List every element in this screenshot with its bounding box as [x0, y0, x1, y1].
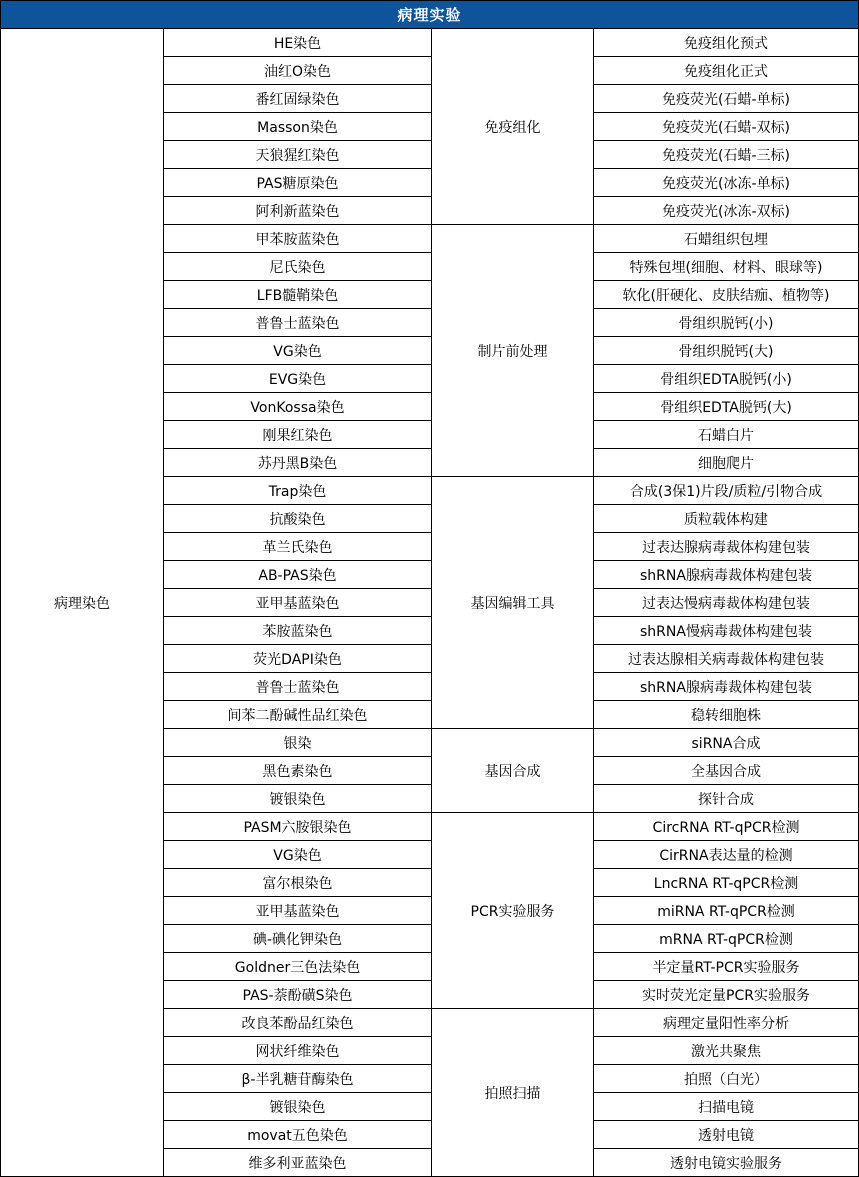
stain-cell: 天狼猩红染色	[164, 141, 431, 169]
service-cell: 探针合成	[594, 785, 858, 813]
service-cell: 半定量RT-PCR实验服务	[594, 953, 858, 981]
category-cell: 拍照扫描	[431, 1009, 594, 1177]
service-cell: CircRNA RT-qPCR检测	[594, 813, 858, 841]
stain-cell: LFB髓鞘染色	[164, 281, 431, 309]
stain-column: HE染色油红O染色番红固绿染色Masson染色天狼猩红染色PAS糖原染色阿利新蓝…	[164, 29, 431, 225]
stain-cell: movat五色染色	[164, 1121, 431, 1149]
service-cell: 免疫组化正式	[594, 57, 858, 85]
service-column: 病理定量阳性率分析激光共聚焦拍照（白光）扫描电镜透射电镜透射电镜实验服务	[594, 1009, 858, 1177]
service-cell: 过表达慢病毒裁体构建包装	[594, 589, 858, 617]
stain-cell: 油红O染色	[164, 57, 431, 85]
stain-cell: Trap染色	[164, 477, 431, 505]
service-cell: shRNA腺病毒裁体构建包装	[594, 673, 858, 701]
stain-cell: 间苯二酚碱性品红染色	[164, 701, 431, 729]
stain-cell: 抗酸染色	[164, 505, 431, 533]
category-cell: 制片前处理	[431, 225, 594, 477]
table-group: 甲苯胺蓝染色尼氏染色LFB髓鞘染色普鲁士蓝染色VG染色EVG染色VonKossa…	[164, 225, 858, 477]
category-cell: 基因编辑工具	[431, 477, 594, 729]
stain-cell: 网状纤维染色	[164, 1037, 431, 1065]
stain-cell: 亚甲基蓝染色	[164, 897, 431, 925]
service-cell: 透射电镜实验服务	[594, 1149, 858, 1177]
service-cell: siRNA合成	[594, 729, 858, 757]
service-cell: 全基因合成	[594, 757, 858, 785]
stain-cell: 番红固绿染色	[164, 85, 431, 113]
stain-cell: PASM六胺银染色	[164, 813, 431, 841]
category-cell: 基因合成	[431, 729, 594, 813]
stain-cell: 甲苯胺蓝染色	[164, 225, 431, 253]
stain-cell: HE染色	[164, 29, 431, 57]
service-cell: mRNA RT-qPCR检测	[594, 925, 858, 953]
stain-column: 改良苯酚品红染色网状纤维染色β-半乳糖苷酶染色镀银染色movat五色染色维多利亚…	[164, 1009, 431, 1177]
stain-cell: 银染	[164, 729, 431, 757]
stain-cell: 普鲁士蓝染色	[164, 673, 431, 701]
stain-cell: 富尔根染色	[164, 869, 431, 897]
service-cell: 细胞爬片	[594, 449, 858, 477]
stain-cell: 阿利新蓝染色	[164, 197, 431, 225]
service-cell: 病理定量阳性率分析	[594, 1009, 858, 1037]
service-cell: 免疫组化预式	[594, 29, 858, 57]
service-cell: 免疫荧光(冰冻-双标)	[594, 197, 858, 225]
service-cell: CirRNA表达量的检测	[594, 841, 858, 869]
stain-cell: 普鲁士蓝染色	[164, 309, 431, 337]
service-cell: 扫描电镜	[594, 1093, 858, 1121]
service-cell: 免疫荧光(冰冻-单标)	[594, 169, 858, 197]
category-cell: PCR实验服务	[431, 813, 594, 1009]
service-cell: 免疫荧光(石蜡-双标)	[594, 113, 858, 141]
service-cell: 拍照（白光）	[594, 1065, 858, 1093]
stain-column: Trap染色抗酸染色革兰氏染色AB-PAS染色亚甲基蓝染色苯胺蓝染色荧光DAPI…	[164, 477, 431, 729]
stain-cell: 苯胺蓝染色	[164, 617, 431, 645]
table-group: 银染黑色素染色镀银染色基因合成siRNA合成全基因合成探针合成	[164, 729, 858, 813]
service-cell: 稳转细胞株	[594, 701, 858, 729]
stain-column: PASM六胺银染色VG染色富尔根染色亚甲基蓝染色碘-碘化钾染色Goldner三色…	[164, 813, 431, 1009]
page-title: 病理实验	[397, 4, 461, 25]
stain-cell: 镀银染色	[164, 785, 431, 813]
service-cell: LncRNA RT-qPCR检测	[594, 869, 858, 897]
stain-cell: EVG染色	[164, 365, 431, 393]
table-group: PASM六胺银染色VG染色富尔根染色亚甲基蓝染色碘-碘化钾染色Goldner三色…	[164, 813, 858, 1009]
stain-column: 甲苯胺蓝染色尼氏染色LFB髓鞘染色普鲁士蓝染色VG染色EVG染色VonKossa…	[164, 225, 431, 477]
service-cell: 质粒载体构建	[594, 505, 858, 533]
service-cell: 骨组织脱钙(小)	[594, 309, 858, 337]
service-cell: 骨组织EDTA脱钙(小)	[594, 365, 858, 393]
stain-cell: 尼氏染色	[164, 253, 431, 281]
service-column: 石蜡组织包埋特殊包埋(细胞、材料、眼球等)软化(肝硬化、皮肤结痂、植物等)骨组织…	[594, 225, 858, 477]
service-cell: shRNA慢病毒裁体构建包装	[594, 617, 858, 645]
stain-column: 银染黑色素染色镀银染色	[164, 729, 431, 813]
service-cell: 免疫荧光(石蜡-单标)	[594, 85, 858, 113]
service-column: CircRNA RT-qPCR检测CirRNA表达量的检测LncRNA RT-q…	[594, 813, 858, 1009]
service-cell: 石蜡白片	[594, 421, 858, 449]
stain-cell: VG染色	[164, 337, 431, 365]
stain-cell: Masson染色	[164, 113, 431, 141]
root-category-cell: 病理染色	[1, 29, 164, 1176]
service-cell: 实时荧光定量PCR实验服务	[594, 981, 858, 1009]
stain-cell: 碘-碘化钾染色	[164, 925, 431, 953]
service-cell: 过表达腺病毒裁体构建包装	[594, 533, 858, 561]
service-cell: 骨组织EDTA脱钙(大)	[594, 393, 858, 421]
stain-cell: 荧光DAPI染色	[164, 645, 431, 673]
service-cell: miRNA RT-qPCR检测	[594, 897, 858, 925]
stain-cell: 维多利亚蓝染色	[164, 1149, 431, 1177]
stain-cell: 苏丹黑B染色	[164, 449, 431, 477]
stain-cell: 亚甲基蓝染色	[164, 589, 431, 617]
service-column: 合成(3保1)片段/质粒/引物合成质粒载体构建过表达腺病毒裁体构建包装shRNA…	[594, 477, 858, 729]
service-column: 免疫组化预式免疫组化正式免疫荧光(石蜡-单标)免疫荧光(石蜡-双标)免疫荧光(石…	[594, 29, 858, 225]
stain-cell: 镀银染色	[164, 1093, 431, 1121]
table-group: Trap染色抗酸染色革兰氏染色AB-PAS染色亚甲基蓝染色苯胺蓝染色荧光DAPI…	[164, 477, 858, 729]
service-cell: 骨组织脱钙(大)	[594, 337, 858, 365]
stain-cell: PAS-萘酚磺S染色	[164, 981, 431, 1009]
table-group: 改良苯酚品红染色网状纤维染色β-半乳糖苷酶染色镀银染色movat五色染色维多利亚…	[164, 1009, 858, 1177]
stain-cell: 革兰氏染色	[164, 533, 431, 561]
stain-cell: 改良苯酚品红染色	[164, 1009, 431, 1037]
stain-cell: AB-PAS染色	[164, 561, 431, 589]
table-group: HE染色油红O染色番红固绿染色Masson染色天狼猩红染色PAS糖原染色阿利新蓝…	[164, 29, 858, 225]
service-column: siRNA合成全基因合成探针合成	[594, 729, 858, 813]
stain-cell: PAS糖原染色	[164, 169, 431, 197]
stain-cell: Goldner三色法染色	[164, 953, 431, 981]
stain-cell: VonKossa染色	[164, 393, 431, 421]
service-cell: 过表达腺相关病毒裁体构建包装	[594, 645, 858, 673]
pathology-experiment-table: 病理实验 病理染色 HE染色油红O染色番红固绿染色Masson染色天狼猩红染色P…	[0, 0, 859, 1177]
service-cell: 激光共聚焦	[594, 1037, 858, 1065]
stain-cell: 刚果红染色	[164, 421, 431, 449]
service-cell: 石蜡组织包埋	[594, 225, 858, 253]
service-cell: 免疫荧光(石蜡-三标)	[594, 141, 858, 169]
table-header: 病理实验	[1, 1, 858, 29]
service-cell: 特殊包埋(细胞、材料、眼球等)	[594, 253, 858, 281]
stain-cell: VG染色	[164, 841, 431, 869]
stain-cell: 黑色素染色	[164, 757, 431, 785]
stain-cell: β-半乳糖苷酶染色	[164, 1065, 431, 1093]
table-groups: HE染色油红O染色番红固绿染色Masson染色天狼猩红染色PAS糖原染色阿利新蓝…	[164, 29, 858, 1176]
service-cell: shRNA腺病毒裁体构建包装	[594, 561, 858, 589]
table-body: 病理染色 HE染色油红O染色番红固绿染色Masson染色天狼猩红染色PAS糖原染…	[1, 29, 858, 1176]
category-cell: 免疫组化	[431, 29, 594, 225]
service-cell: 软化(肝硬化、皮肤结痂、植物等)	[594, 281, 858, 309]
service-cell: 透射电镜	[594, 1121, 858, 1149]
service-cell: 合成(3保1)片段/质粒/引物合成	[594, 477, 858, 505]
